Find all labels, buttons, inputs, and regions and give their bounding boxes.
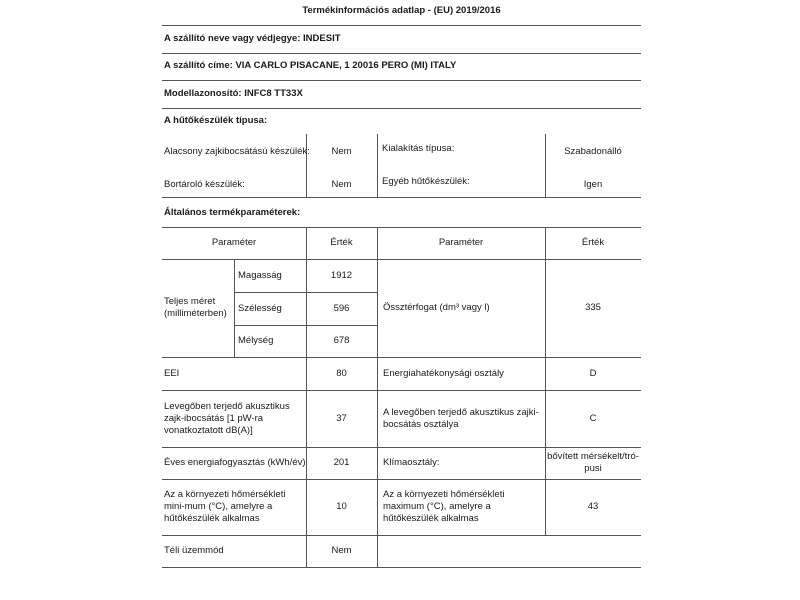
table-line [234, 259, 235, 357]
height-label: Magasság [236, 259, 306, 292]
wine-storage-label: Bortároló készülék: [164, 179, 245, 190]
max-temperature-label: Az a környezeti hőmérsékleti maximum (°C… [381, 479, 541, 535]
other-refrigerator-value: Igen [545, 179, 641, 190]
annual-energy-label: Éves energiafogyasztás (kWh/év) [162, 447, 306, 479]
min-temperature-label: Az a környezeti hőmérsékleti mini-mum (°… [162, 479, 306, 535]
noise-class-label: A levegőben terjedő akusztikus zajki-boc… [381, 390, 541, 447]
low-noise-label: Alacsony zajkibocsátású készülék: [164, 146, 310, 157]
climate-class-value: bővített mérsékelt/tró-pusi [547, 447, 639, 479]
table-line [162, 567, 641, 568]
max-temperature-value: 43 [545, 479, 641, 535]
energy-class-label: Energiahatékonysági osztály [381, 357, 545, 390]
model-identifier: Modellazonosító: INFC8 TT33X [164, 88, 303, 99]
supplier-address: A szállító címe: VIA CARLO PISACANE, 1 2… [164, 60, 456, 71]
header-parameter: Paraméter [162, 227, 306, 259]
divider [162, 53, 641, 54]
table-line [377, 227, 378, 567]
noise-emission-label: Levegőben terjedő akusztikus zajk-ibocsá… [162, 390, 306, 447]
design-type-label: Kialakítás típusa: [382, 143, 454, 154]
total-volume-value: 335 [545, 259, 641, 357]
depth-label: Mélység [236, 325, 306, 357]
divider [162, 108, 641, 109]
column-divider [377, 134, 378, 197]
winter-mode-value: Nem [306, 535, 377, 567]
climate-class-label: Klímaosztály: [381, 447, 545, 479]
header-parameter-2: Paraméter [377, 227, 545, 259]
supplier-name: A szállító neve vagy védjegye: INDESIT [164, 33, 341, 44]
header-value: Érték [306, 227, 377, 259]
winter-mode-label: Téli üzemmód [162, 535, 306, 567]
eei-value: 80 [306, 357, 377, 390]
noise-emission-value: 37 [306, 390, 377, 447]
wine-storage-value: Nem [306, 179, 377, 190]
width-value: 596 [306, 292, 377, 325]
width-label: Szélesség [236, 292, 306, 325]
energy-class-value: D [545, 357, 641, 390]
noise-class-value: C [545, 390, 641, 447]
general-parameters-heading: Általános termékparaméterek: [164, 207, 300, 218]
divider [162, 25, 641, 26]
document-title: Termékinformációs adatlap - (EU) 2019/20… [162, 5, 641, 16]
total-dimensions-label: Teljes méret (milliméterben) [162, 259, 234, 357]
design-type-value: Szabadonálló [545, 146, 641, 157]
annual-energy-value: 201 [306, 447, 377, 479]
min-temperature-value: 10 [306, 479, 377, 535]
low-noise-value: Nem [306, 146, 377, 157]
total-volume-label: Össztérfogat (dm³ vagy l) [381, 259, 545, 357]
depth-value: 678 [306, 325, 377, 357]
other-refrigerator-label: Egyéb hűtőkészülék: [382, 176, 470, 187]
eei-label: EEI [162, 357, 306, 390]
header-value-2: Érték [545, 227, 641, 259]
divider [162, 197, 641, 198]
appliance-type-heading: A hűtőkészülék típusa: [164, 115, 267, 126]
height-value: 1912 [306, 259, 377, 292]
divider [162, 80, 641, 81]
